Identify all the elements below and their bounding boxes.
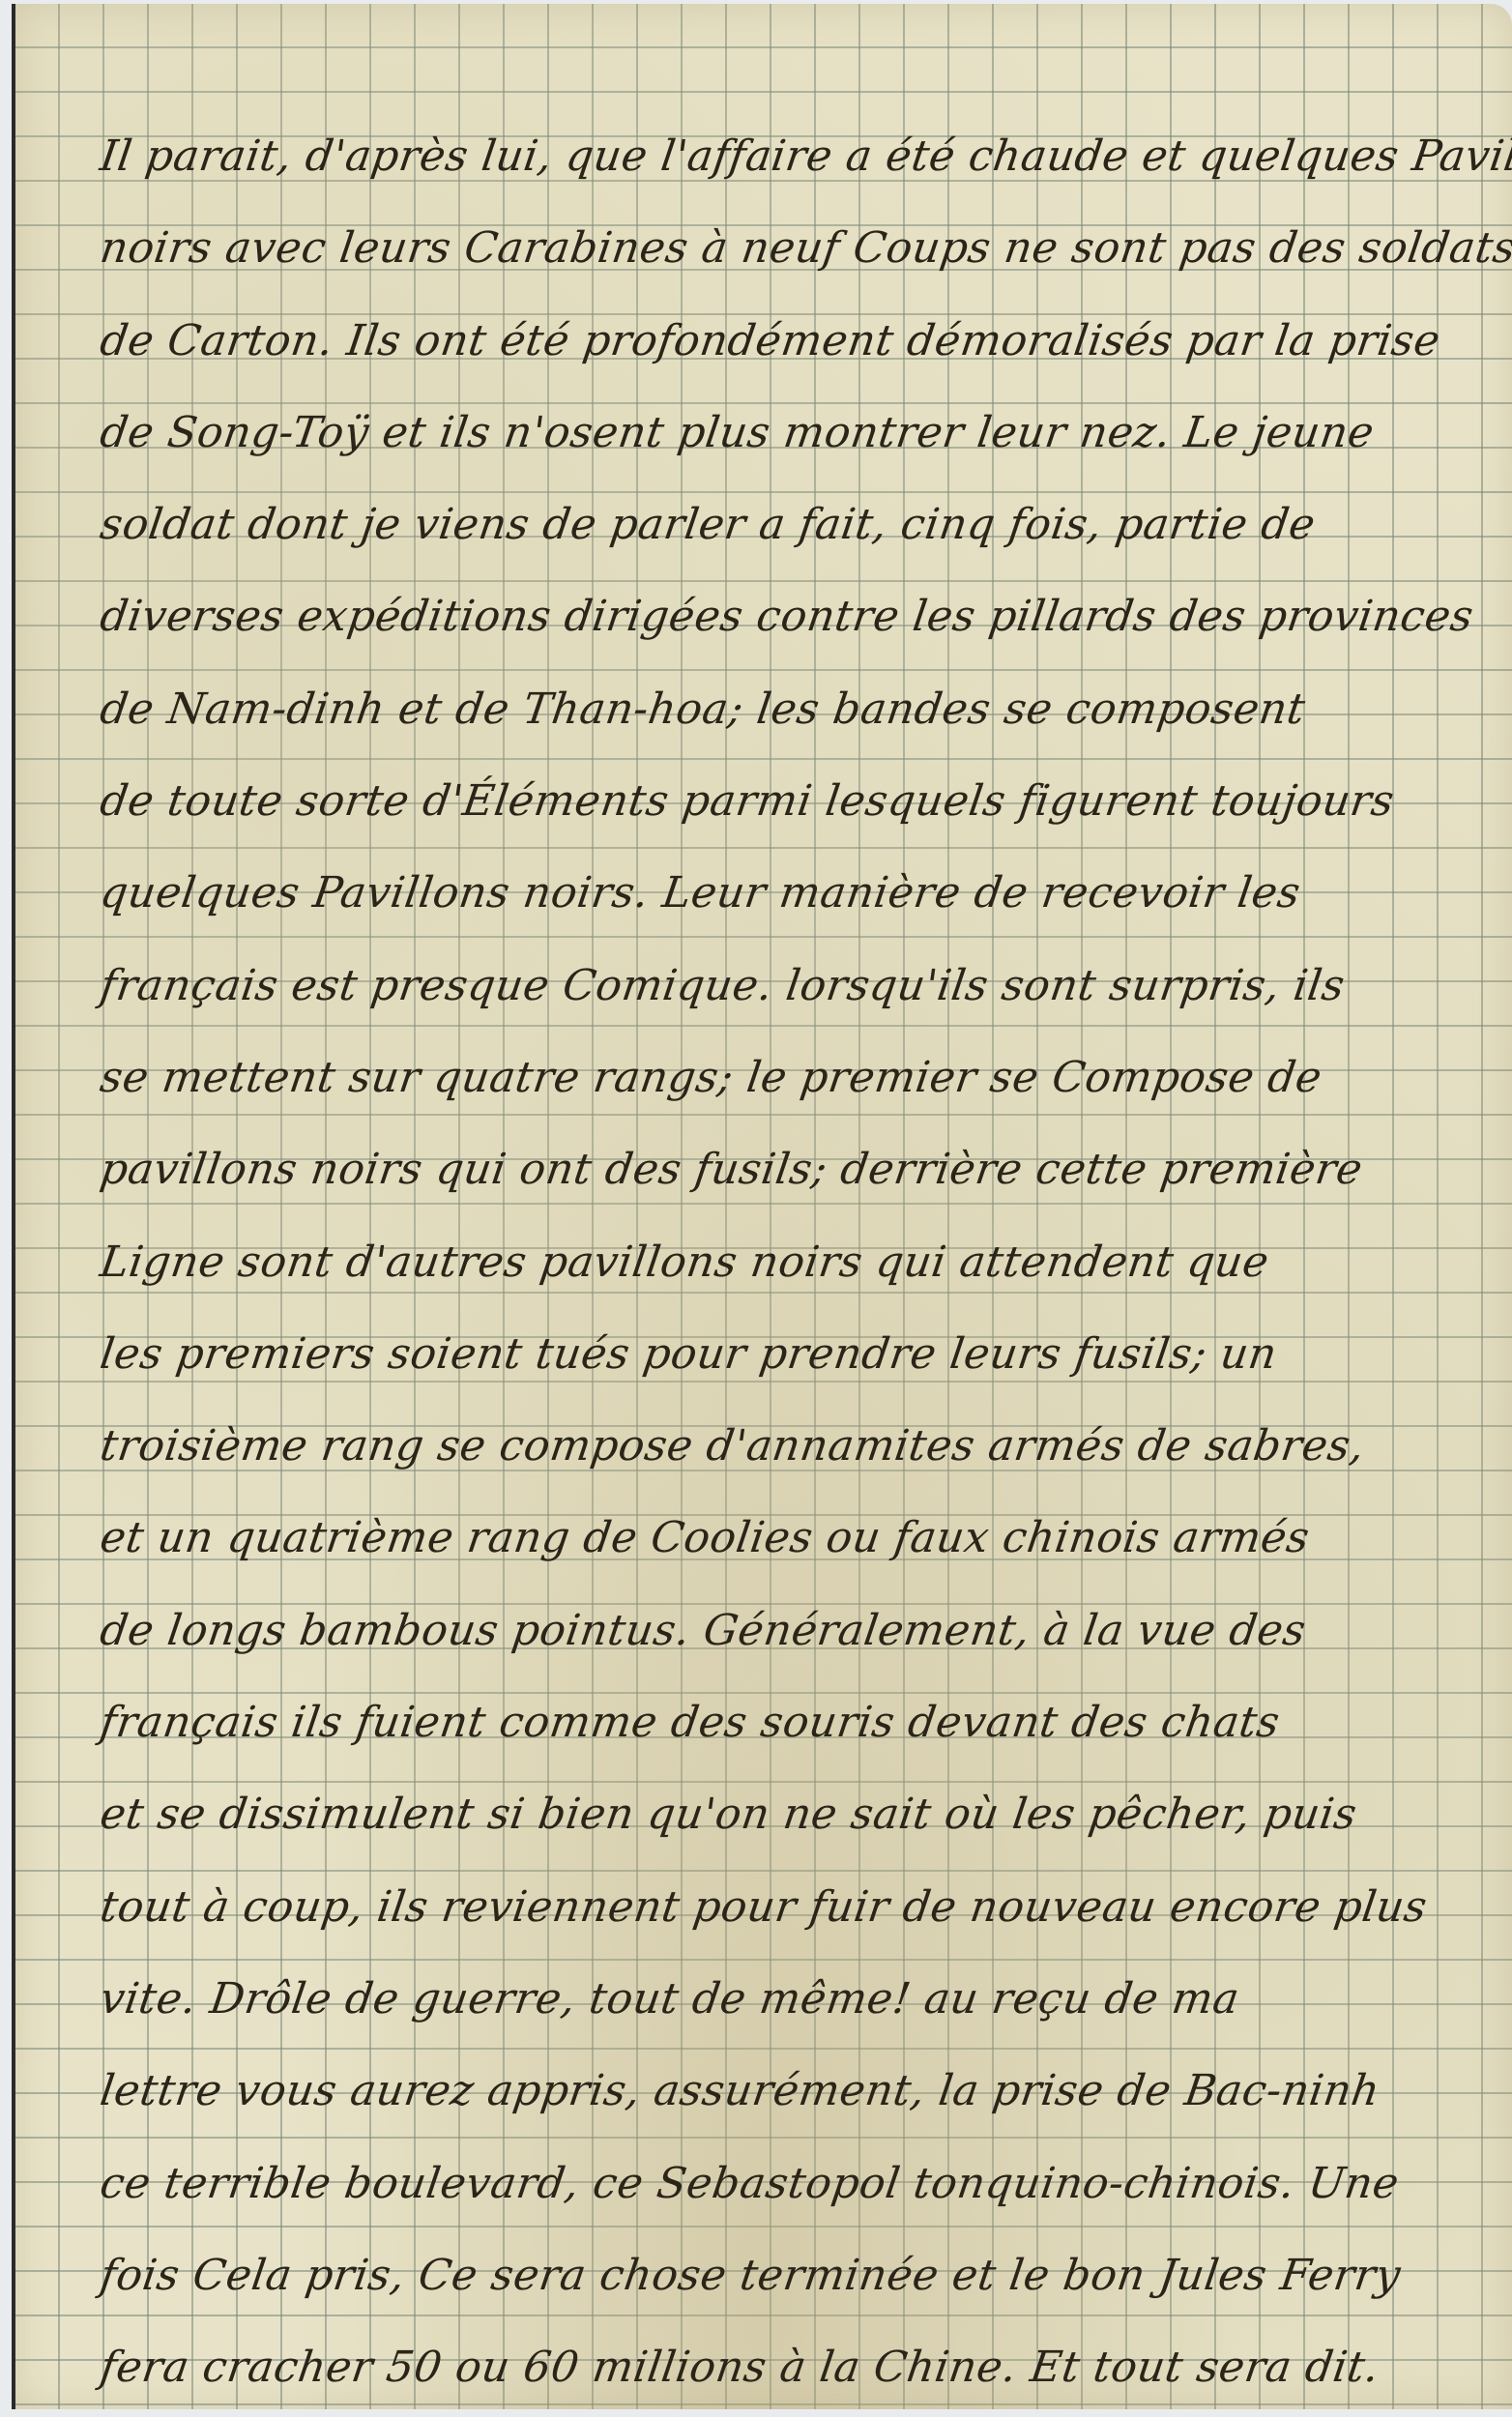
text-line: soldat dont je viens de parler a fait, c… (94, 479, 1512, 570)
text-line: diverses expéditions dirigées contre les… (94, 570, 1512, 662)
text-line: vite. Drôle de guerre, tout de même! au … (94, 1953, 1512, 2045)
letter-page: Il parait, d'après lui, que l'affaire a … (12, 4, 1512, 2409)
text-line: ce terrible boulevard, ce Sebastopol ton… (94, 2138, 1512, 2229)
text-line: de toute sorte d'Éléments parmi lesquels… (94, 755, 1512, 847)
text-line: Il parait, d'après lui, que l'affaire a … (94, 110, 1512, 202)
text-line: de longs bambous pointus. Généralement, … (94, 1585, 1512, 1676)
text-line: pavillons noirs qui ont des fusils; derr… (94, 1123, 1512, 1215)
text-line: se mettent sur quatre rangs; le premier … (94, 1032, 1512, 1123)
text-line: fera cracher 50 ou 60 millions à la Chin… (94, 2321, 1512, 2413)
text-line: quelques Pavillons noirs. Leur manière d… (94, 847, 1512, 939)
handwritten-text: Il parait, d'après lui, que l'affaire a … (101, 110, 1512, 2413)
text-line: français est presque Comique. lorsqu'ils… (94, 940, 1512, 1032)
text-line: troisième rang se compose d'annamites ar… (94, 1400, 1512, 1492)
text-line: les premiers soient tués pour prendre le… (94, 1308, 1512, 1400)
text-line: fois Cela pris, Ce sera chose terminée e… (94, 2229, 1512, 2321)
text-line: noirs avec leurs Carabines à neuf Coups … (94, 202, 1512, 294)
text-line: français ils fuient comme des souris dev… (94, 1676, 1512, 1768)
text-line: de Carton. Ils ont été profondément démo… (94, 295, 1512, 387)
text-line: et se dissimulent si bien qu'on ne sait … (94, 1768, 1512, 1860)
text-line: Ligne sont d'autres pavillons noirs qui … (94, 1216, 1512, 1308)
text-line: de Nam-dinh et de Than-hoa; les bandes s… (94, 663, 1512, 755)
text-line: et un quatrième rang de Coolies ou faux … (94, 1492, 1512, 1584)
text-line: de Song-Toÿ et ils n'osent plus montrer … (94, 387, 1512, 479)
text-line: tout à coup, ils reviennent pour fuir de… (94, 1861, 1512, 1953)
text-line: lettre vous aurez appris, assurément, la… (94, 2045, 1512, 2137)
